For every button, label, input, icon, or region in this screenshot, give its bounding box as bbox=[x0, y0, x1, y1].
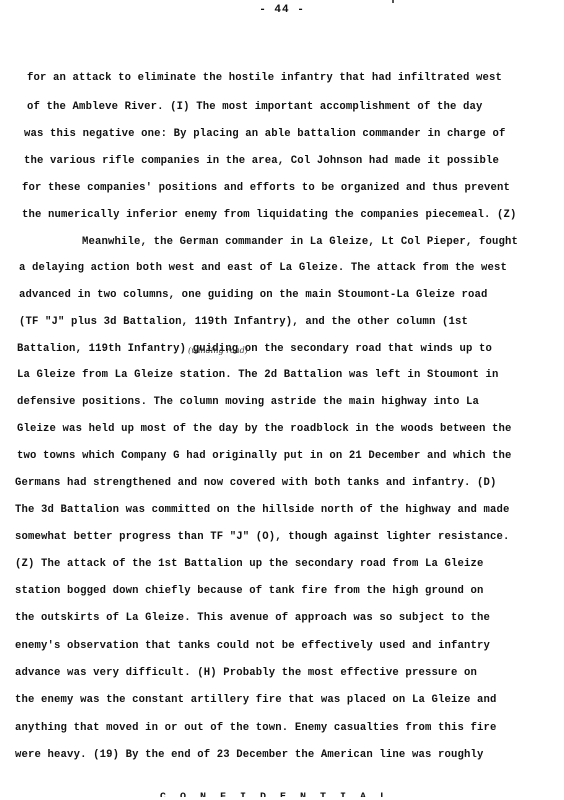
text-line: enemy's observation that tanks could not… bbox=[15, 640, 490, 652]
text-line: anything that moved in or out of the tow… bbox=[15, 722, 497, 734]
text-line: two towns which Company G had originally… bbox=[17, 450, 512, 462]
text-line: (Z) The attack of the 1st Battalion up t… bbox=[15, 558, 484, 570]
text-line: La Gleize from La Gleize station. The 2d… bbox=[17, 369, 499, 381]
text-line: of the Ambleve River. (I) The most impor… bbox=[27, 101, 483, 113]
text-line: Battalion, 119th Infantry) guiding on th… bbox=[17, 343, 492, 355]
text-line: Germans had strengthened and now covered… bbox=[15, 477, 497, 489]
text-line: advance was very difficult. (H) Probably… bbox=[15, 667, 477, 679]
handwritten-annotation: (winding road) bbox=[188, 346, 248, 355]
classification-marking: C O N F I D E N T I A L bbox=[160, 792, 390, 800]
page-number: - 44 - bbox=[0, 4, 564, 16]
text-line: for these companies' positions and effor… bbox=[22, 182, 510, 194]
text-line: a delaying action both west and east of … bbox=[19, 262, 507, 274]
text-line: was this negative one: By placing an abl… bbox=[24, 128, 506, 140]
text-line: the enemy was the constant artillery fir… bbox=[15, 694, 497, 706]
text-line: advanced in two columns, one guiding on … bbox=[19, 289, 488, 301]
document-page: - 44 - for an attack to eliminate the ho… bbox=[0, 0, 564, 800]
text-line: the outskirts of La Gleize. This avenue … bbox=[15, 612, 490, 624]
text-line: the various rifle companies in the area,… bbox=[24, 155, 499, 167]
text-line: station bogged down chiefly because of t… bbox=[15, 585, 484, 597]
text-line: defensive positions. The column moving a… bbox=[17, 396, 479, 408]
scan-speck bbox=[392, 0, 394, 3]
text-line: somewhat better progress than TF "J" (O)… bbox=[15, 531, 510, 543]
text-line: the numerically inferior enemy from liqu… bbox=[22, 209, 517, 221]
text-line: Meanwhile, the German commander in La Gl… bbox=[82, 236, 518, 248]
text-line: Gleize was held up most of the day by th… bbox=[17, 423, 512, 435]
text-line: were heavy. (19) By the end of 23 Decemb… bbox=[15, 749, 484, 761]
text-line: for an attack to eliminate the hostile i… bbox=[27, 72, 502, 84]
text-line: The 3d Battalion was committed on the hi… bbox=[15, 504, 510, 516]
text-line: (TF "J" plus 3d Battalion, 119th Infantr… bbox=[19, 316, 468, 328]
